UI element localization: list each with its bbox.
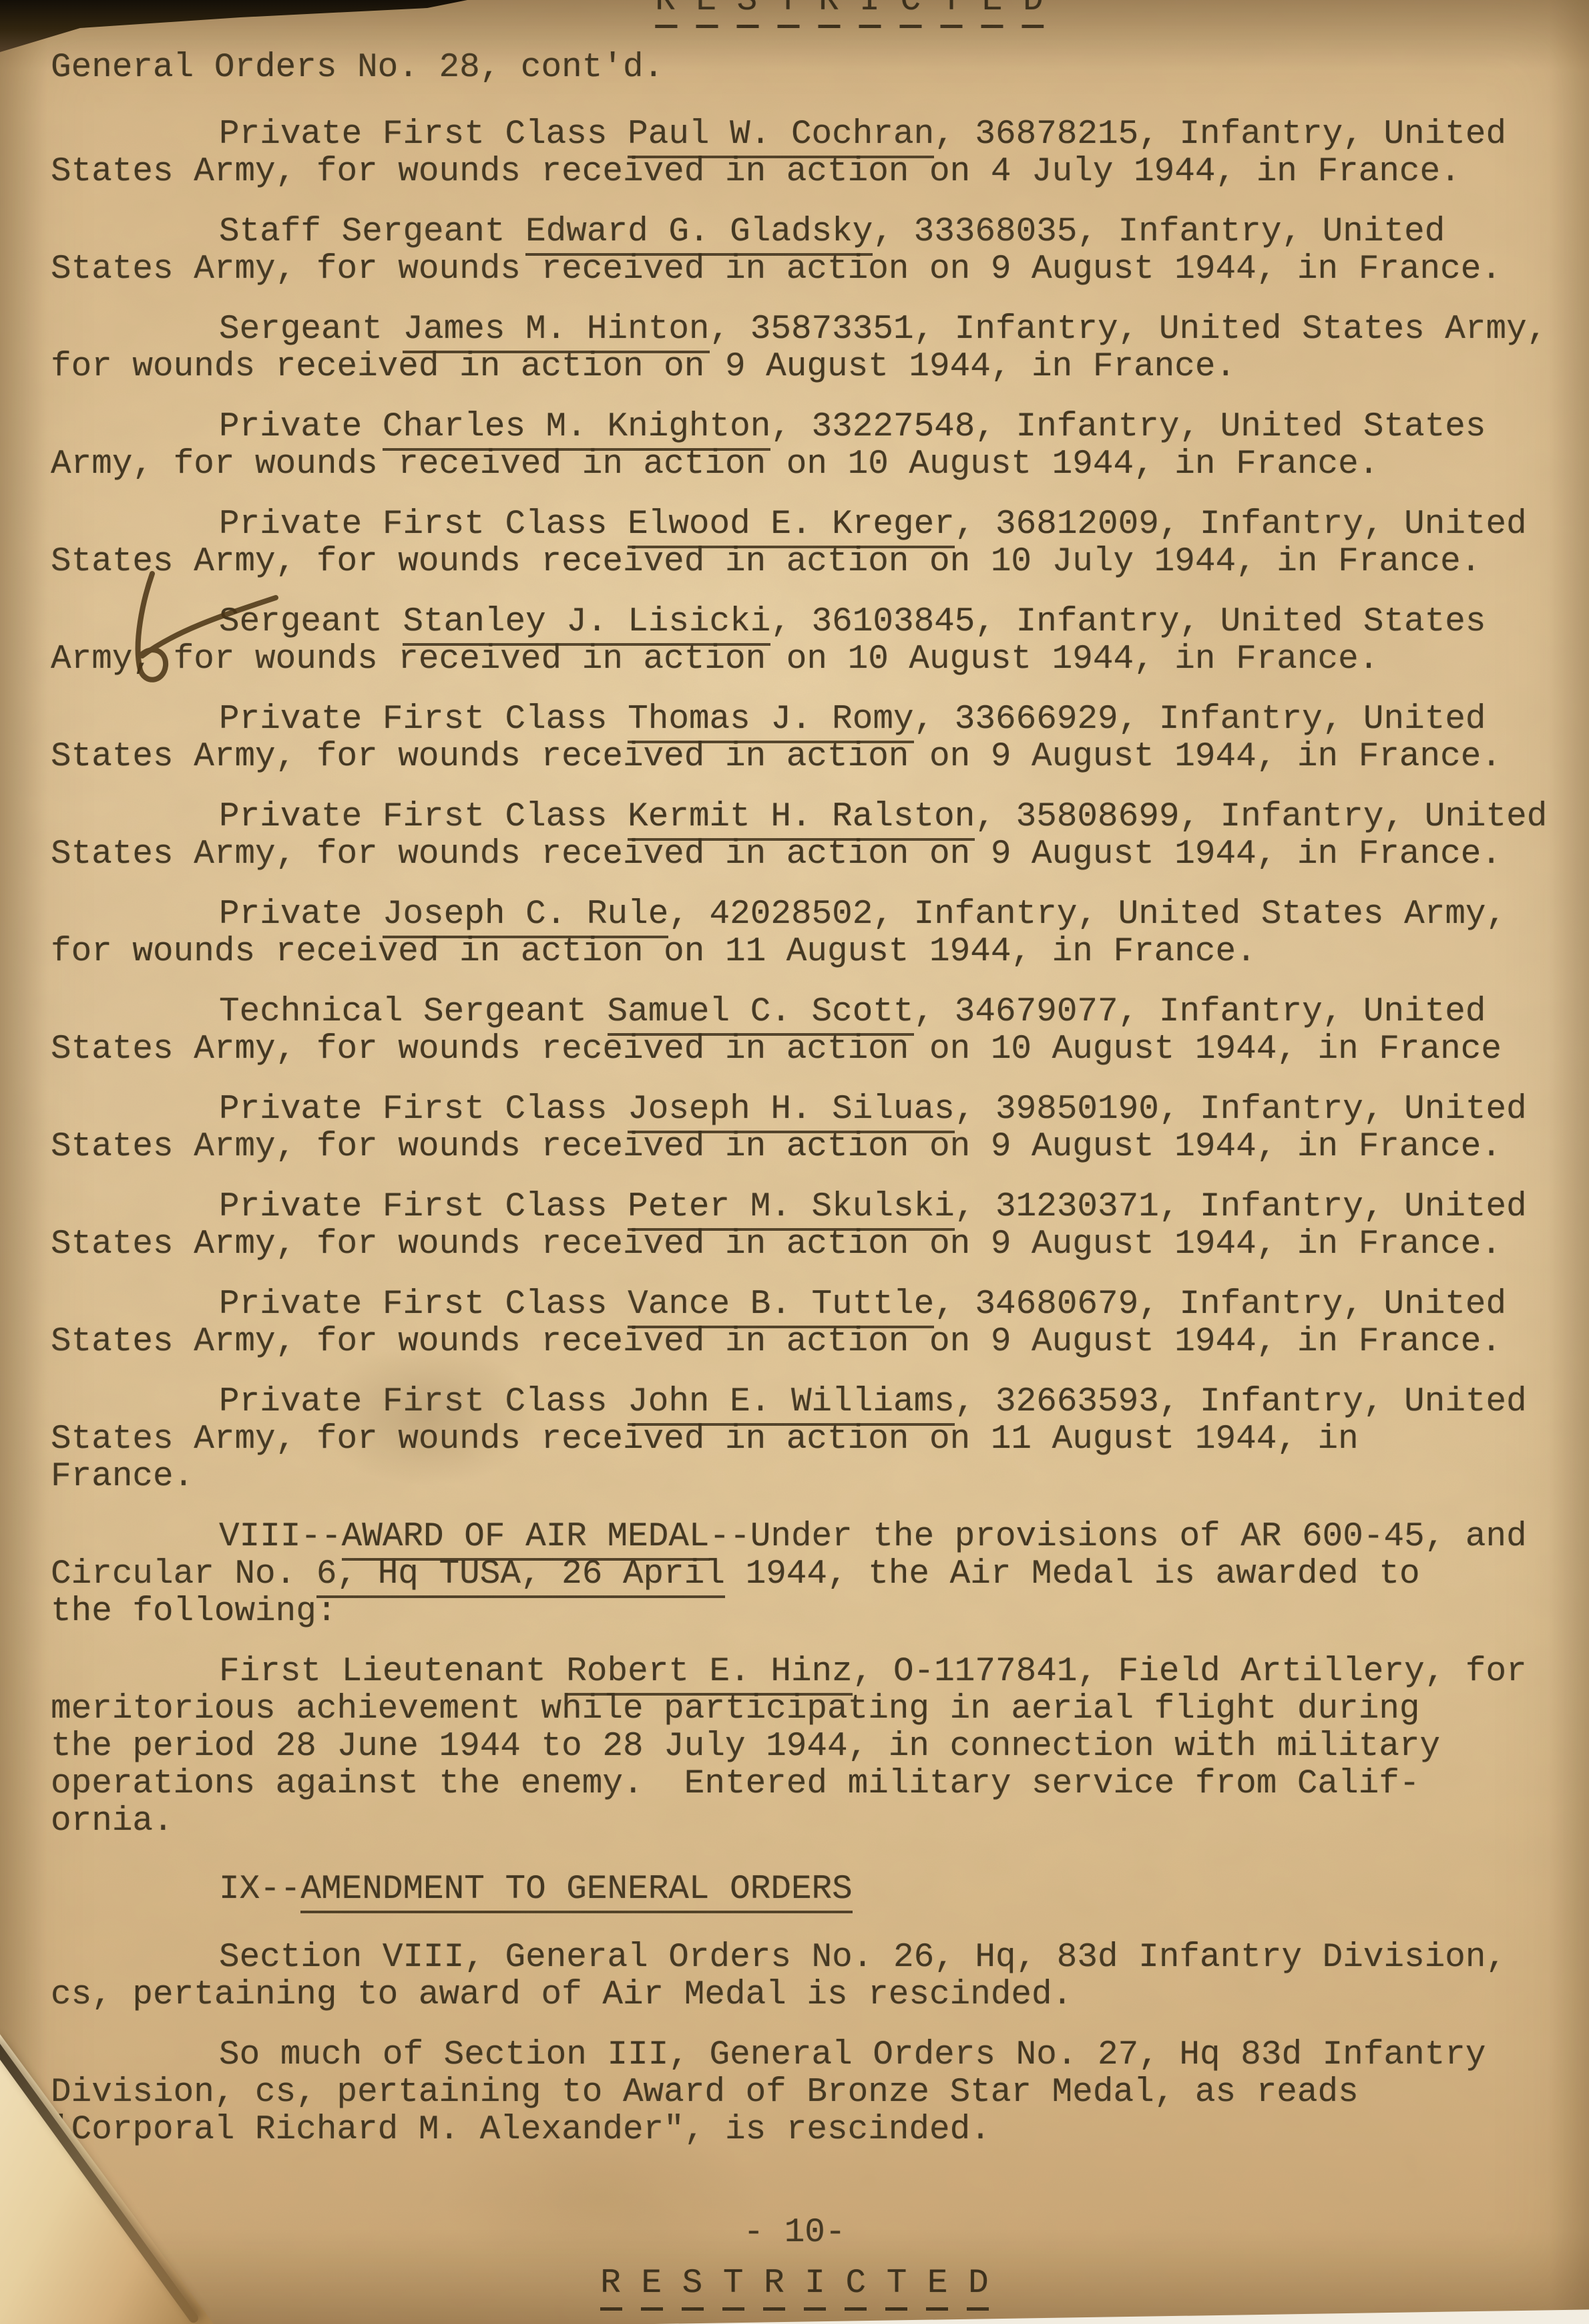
paragraph-text: , O-1177841, Field Artillery, for: [853, 1653, 1527, 1691]
paragraph-line: meritorious achievement while participat…: [51, 1691, 1562, 1728]
purple-heart-award-list: Private First Class Paul W. Cochran, 368…: [51, 116, 1562, 1496]
paragraph-line: States Army, for wounds received in acti…: [51, 1129, 1562, 1166]
title-text: General Orders No. 28, cont'd.: [51, 49, 1562, 87]
soldier-name: James M. Hinton: [403, 311, 709, 353]
section-text: --Under the provisions of AR 600-45, and: [710, 1518, 1527, 1556]
soldier-name: Thomas J. Romy: [628, 701, 913, 743]
paragraph-text: , 36878215, Infantry, United: [934, 116, 1506, 154]
paragraph-text: , 33666929, Infantry, United: [914, 701, 1486, 739]
paragraph-line: Private First Class Paul W. Cochran, 368…: [51, 116, 1562, 154]
paragraph-text: , 39850190, Infantry, United: [955, 1091, 1527, 1129]
paragraph-line: for wounds received in action on 9 Augus…: [51, 349, 1562, 386]
rank-text: Private: [219, 896, 383, 934]
paragraph-line: Private First Class Thomas J. Romy, 3366…: [51, 701, 1562, 739]
paragraph-line: 'Corporal Richard M. Alexander", is resc…: [51, 2112, 1562, 2149]
award-paragraph: Private Joseph C. Rule, 42028502, Infant…: [51, 896, 1562, 971]
soldier-name: Joseph C. Rule: [383, 896, 668, 938]
award-paragraph: Sergeant James M. Hinton, 35873351, Infa…: [51, 311, 1562, 386]
soldier-name: Peter M. Skulski: [628, 1188, 955, 1231]
rank-text: Private First Class: [219, 116, 628, 154]
paragraph-text: , 32663593, Infantry, United: [955, 1383, 1527, 1421]
paragraph-line: Private First Class Elwood E. Kreger, 36…: [51, 506, 1562, 544]
paragraph-line: Sergeant James M. Hinton, 35873351, Infa…: [51, 311, 1562, 349]
soldier-name: Charles M. Knighton: [383, 408, 771, 451]
section-viii-award-of-air-medal: VIII--AWARD OF AIR MEDAL--Under the prov…: [51, 1519, 1562, 1631]
award-paragraph: Private Charles M. Knighton, 33227548, I…: [51, 409, 1562, 483]
section-text: Circular No.: [51, 1555, 316, 1593]
page-number: - 10-: [0, 2214, 1589, 2252]
paragraph-line: cs, pertaining to award of Air Medal is …: [51, 1977, 1562, 2014]
air-medal-award-paragraph: First Lieutenant Robert E. Hinz, O-11778…: [51, 1654, 1562, 1841]
paragraph-text: , 36103845, Infantry, United States: [770, 603, 1486, 641]
page-body: General Orders No. 28, cont'd. Private F…: [51, 0, 1562, 2172]
paragraph-line: States Army, for wounds received in acti…: [51, 154, 1562, 191]
rank-text: First Lieutenant: [219, 1653, 566, 1691]
award-paragraph: Private First Class Vance B. Tuttle, 346…: [51, 1286, 1562, 1361]
paragraph-line: States Army, for wounds received in acti…: [51, 836, 1562, 874]
rank-text: Private First Class: [219, 1091, 628, 1129]
paragraph-line: Private First Class Kermit H. Ralston, 3…: [51, 799, 1562, 836]
paragraph-line: Private First Class Peter M. Skulski, 31…: [51, 1189, 1562, 1226]
soldier-name: Paul W. Cochran: [628, 116, 934, 158]
paragraph-line: the following:: [51, 1593, 1562, 1631]
rank-text: Private First Class: [219, 1188, 628, 1226]
award-paragraph: Private First Class Elwood E. Kreger, 36…: [51, 506, 1562, 581]
award-paragraph: Sergeant Stanley J. Lisicki, 36103845, I…: [51, 604, 1562, 679]
amendment-paragraph: So much of Section III, General Orders N…: [51, 2037, 1562, 2149]
paragraph-line: Staff Sergeant Edward G. Gladsky, 333680…: [51, 214, 1562, 251]
soldier-name: John E. Williams: [628, 1383, 955, 1426]
rank-text: Private First Class: [219, 798, 628, 836]
paragraph-line: States Army, for wounds received in acti…: [51, 739, 1562, 776]
rank-text: Private First Class: [219, 701, 628, 739]
rank-text: Private First Class: [219, 1286, 628, 1324]
soldier-name: Robert E. Hinz: [566, 1653, 852, 1696]
paragraph-line: States Army, for wounds received in acti…: [51, 1226, 1562, 1264]
rank-text: Staff Sergeant: [219, 213, 525, 251]
award-paragraph: Staff Sergeant Edward G. Gladsky, 333680…: [51, 214, 1562, 288]
section-heading: AWARD OF AIR MEDAL: [342, 1518, 710, 1561]
rank-text: Sergeant: [219, 603, 403, 641]
paragraph-line: Army, for wounds received in action on 1…: [51, 446, 1562, 483]
soldier-name: Joseph H. Siluas: [628, 1091, 955, 1133]
paragraph-text: , 35873351, Infantry, United States Army…: [710, 311, 1548, 349]
paragraph-text: , 33368035, Infantry, United: [873, 213, 1445, 251]
soldier-name: Kermit H. Ralston: [628, 798, 975, 841]
paragraph-line: Private Joseph C. Rule, 42028502, Infant…: [51, 896, 1562, 934]
paragraph-line: States Army, for wounds received in acti…: [51, 251, 1562, 288]
paragraph-line: ornia.: [51, 1803, 1562, 1841]
rank-text: Private: [219, 408, 383, 446]
section-number: IX--: [219, 1871, 300, 1909]
award-paragraph: Private First Class Peter M. Skulski, 31…: [51, 1189, 1562, 1264]
section-heading: AMENDMENT TO GENERAL ORDERS: [300, 1871, 852, 1913]
footer-classification: R E S T R I C T E D: [600, 2265, 989, 2311]
award-paragraph: Private First Class Paul W. Cochran, 368…: [51, 116, 1562, 191]
paragraph-line: First Lieutenant Robert E. Hinz, O-11778…: [51, 1654, 1562, 1691]
soldier-name: Stanley J. Lisicki: [403, 603, 770, 646]
circular-reference: 6, Hq TUSA, 26 April: [316, 1555, 725, 1598]
paragraph-line: Private First Class Joseph H. Siluas, 39…: [51, 1091, 1562, 1129]
paragraph-text: , 33227548, Infantry, United States: [770, 408, 1486, 446]
paragraph-line: IX--AMENDMENT TO GENERAL ORDERS: [51, 1871, 1562, 1909]
paragraph-text: , 35808699, Infantry, United: [975, 798, 1547, 836]
soldier-name: Samuel C. Scott: [608, 993, 914, 1036]
paragraph-text: , 42028502, Infantry, United States Army…: [668, 896, 1506, 934]
document-scan: { "colors": { "paper": "#d9bc8f", "ink":…: [0, 0, 1589, 2324]
paragraph-line: Sergeant Stanley J. Lisicki, 36103845, I…: [51, 604, 1562, 641]
paragraph-text: , 36812009, Infantry, United: [955, 506, 1527, 544]
paragraph-line: Private Charles M. Knighton, 33227548, I…: [51, 409, 1562, 446]
paragraph-line: operations against the enemy. Entered mi…: [51, 1766, 1562, 1803]
paragraph-line: France.: [51, 1459, 1562, 1496]
rank-text: Private First Class: [219, 506, 628, 544]
soldier-name: Edward G. Gladsky: [525, 213, 873, 256]
paragraph-line: VIII--AWARD OF AIR MEDAL--Under the prov…: [51, 1519, 1562, 1556]
paragraph-text: , 34679077, Infantry, United: [914, 993, 1486, 1031]
section-text: 1944, the Air Medal is awarded to: [725, 1555, 1420, 1593]
award-paragraph: Technical Sergeant Samuel C. Scott, 3467…: [51, 994, 1562, 1069]
paragraph-line: Army, for wounds received in action on 1…: [51, 641, 1562, 679]
paragraph-line: Section VIII, General Orders No. 26, Hq,…: [51, 1939, 1562, 1977]
section-number: VIII--: [219, 1518, 342, 1556]
paragraph-text: , 34680679, Infantry, United: [934, 1286, 1506, 1324]
award-paragraph: Private First Class Joseph H. Siluas, 39…: [51, 1091, 1562, 1166]
paragraph-line: Division, cs, pertaining to Award of Bro…: [51, 2074, 1562, 2112]
amendment-paragraph: Section VIII, General Orders No. 26, Hq,…: [51, 1939, 1562, 2014]
paragraph-line: the period 28 June 1944 to 28 July 1944,…: [51, 1728, 1562, 1766]
paragraph-line: States Army, for wounds received in acti…: [51, 544, 1562, 581]
rank-text: Private First Class: [219, 1383, 628, 1421]
paragraph-line: Private First Class Vance B. Tuttle, 346…: [51, 1286, 1562, 1324]
award-paragraph: Private First Class Thomas J. Romy, 3366…: [51, 701, 1562, 776]
award-paragraph: Private First Class John E. Williams, 32…: [51, 1384, 1562, 1496]
soldier-name: Elwood E. Kreger: [628, 506, 955, 548]
paragraph-line: Private First Class John E. Williams, 32…: [51, 1384, 1562, 1421]
rank-text: Sergeant: [219, 311, 403, 349]
paragraph-line: States Army, for wounds received in acti…: [51, 1421, 1562, 1459]
paragraph-text: , 31230371, Infantry, United: [955, 1188, 1527, 1226]
soldier-name: Vance B. Tuttle: [628, 1286, 934, 1328]
paragraph-line: for wounds received in action on 11 Augu…: [51, 934, 1562, 971]
paragraph-line: Technical Sergeant Samuel C. Scott, 3467…: [51, 994, 1562, 1031]
paragraph-line: States Army, for wounds received in acti…: [51, 1031, 1562, 1069]
paragraph-line: Circular No. 6, Hq TUSA, 26 April 1944, …: [51, 1556, 1562, 1593]
paragraph-line: States Army, for wounds received in acti…: [51, 1324, 1562, 1361]
general-orders-continuation-line: General Orders No. 28, cont'd.: [51, 49, 1562, 87]
award-paragraph: Private First Class Kermit H. Ralston, 3…: [51, 799, 1562, 874]
rank-text: Technical Sergeant: [219, 993, 608, 1031]
section-ix-heading: IX--AMENDMENT TO GENERAL ORDERS: [51, 1871, 1562, 1909]
paragraph-line: So much of Section III, General Orders N…: [51, 2037, 1562, 2074]
